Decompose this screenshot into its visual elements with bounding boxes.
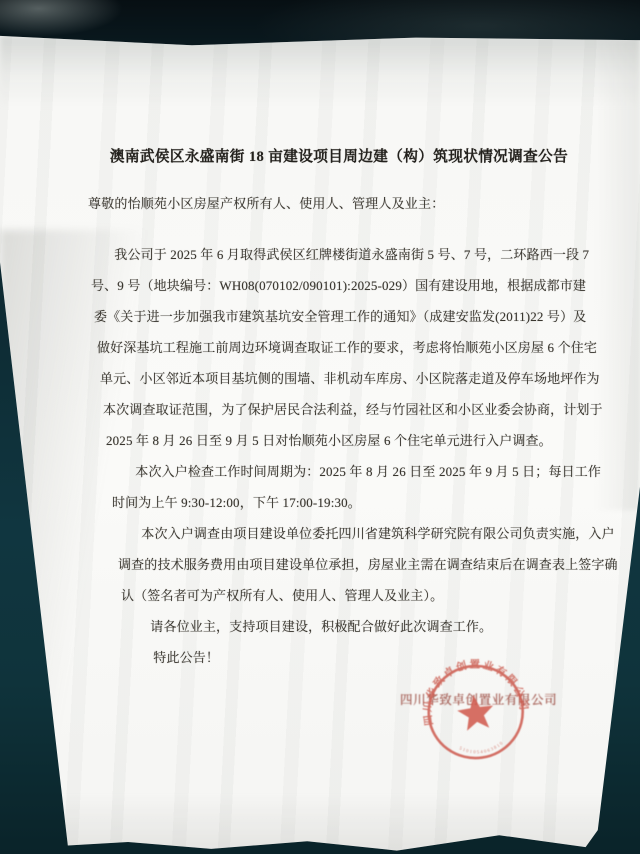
notice-line: 调查的技术服务费用由项目建设单位承担，房屋业主需在调查结束后在调查表上签字确 bbox=[118, 549, 588, 580]
notice-line: 做好深基坑工程施工前周边环境调查取证工作的要求，考虑将怡顺苑小区房屋 6 个住宅 bbox=[97, 332, 588, 363]
seal-stamp-graphic: 四川华致卓创置业有限公司 5101054063810 bbox=[398, 642, 558, 790]
notice-line: 本次入户调查由项目建设单位委托四川省建筑科学研究院有限公司负责实施，入户 bbox=[115, 518, 588, 549]
notice-title: 澳南武侯区永盛南街 18 亩建设项目周边建（构）筑现状情况调查公告 bbox=[90, 146, 588, 168]
notice-line: 认（签名者可为产权所有人、使用人、管理人及业主）。 bbox=[121, 580, 588, 611]
notice-line: 2025 年 8 月 26 日至 9 月 5 日对怡顺苑小区房屋 6 个住宅单元… bbox=[106, 425, 588, 456]
photo-background: 澳南武侯区永盛南街 18 亩建设项目周边建（构）筑现状情况调查公告 尊敬的怡顺苑… bbox=[0, 0, 640, 854]
notice-line: 本次调查取证范围，为了保护居民合法利益，经与竹园社区和小区业委会协商，计划于 bbox=[103, 394, 588, 425]
seal-star-icon bbox=[455, 693, 496, 732]
notice-body: 我公司于 2025 年 6 月取得武侯区红牌楼街道永盛南街 5 号、7 号，二环… bbox=[88, 239, 588, 673]
notice-paper: 澳南武侯区永盛南街 18 亩建设项目周边建（构）筑现状情况调查公告 尊敬的怡顺苑… bbox=[0, 0, 640, 854]
notice-line: 本次入户检查工作时间周期为：2025 年 8 月 26 日至 2025 年 9 … bbox=[109, 456, 588, 487]
notice-line: 我公司于 2025 年 6 月取得武侯区红牌楼街道永盛南街 5 号、7 号，二环… bbox=[88, 239, 588, 270]
notice-line: 请各位业主，支持项目建设，积极配合做好此次调查工作。 bbox=[124, 611, 588, 642]
paper-right-crease bbox=[584, 40, 640, 510]
notice-line: 委《关于进一步加强我市建筑基坑安全管理工作的通知》（成建安监发(2011)22 … bbox=[94, 301, 588, 332]
notice-line: 号、9 号（地块编号：WH08(070102/090101):2025-029）… bbox=[91, 270, 588, 301]
company-seal: 四川华致卓创置业有限公司 四川华致卓创置业有限公司 5101054063810 bbox=[398, 642, 558, 790]
notice-content: 澳南武侯区永盛南街 18 亩建设项目周边建（构）筑现状情况调查公告 尊敬的怡顺苑… bbox=[88, 146, 588, 673]
notice-line: 时间为上午 9:30-12:00，下午 17:00-19:30。 bbox=[112, 487, 588, 518]
seal-serial-text: 5101054063810 bbox=[458, 739, 506, 757]
notice-line: 单元、小区邻近本项目基坑侧的围墙、非机动车库房、小区院落走道及停车场地坪作为 bbox=[100, 363, 588, 394]
notice-salutation: 尊敬的怡顺苑小区房屋产权所有人、使用人、管理人及业主： bbox=[88, 194, 588, 214]
paper-bottom-shadow bbox=[40, 794, 610, 854]
paper-top-shadow bbox=[0, 36, 640, 108]
